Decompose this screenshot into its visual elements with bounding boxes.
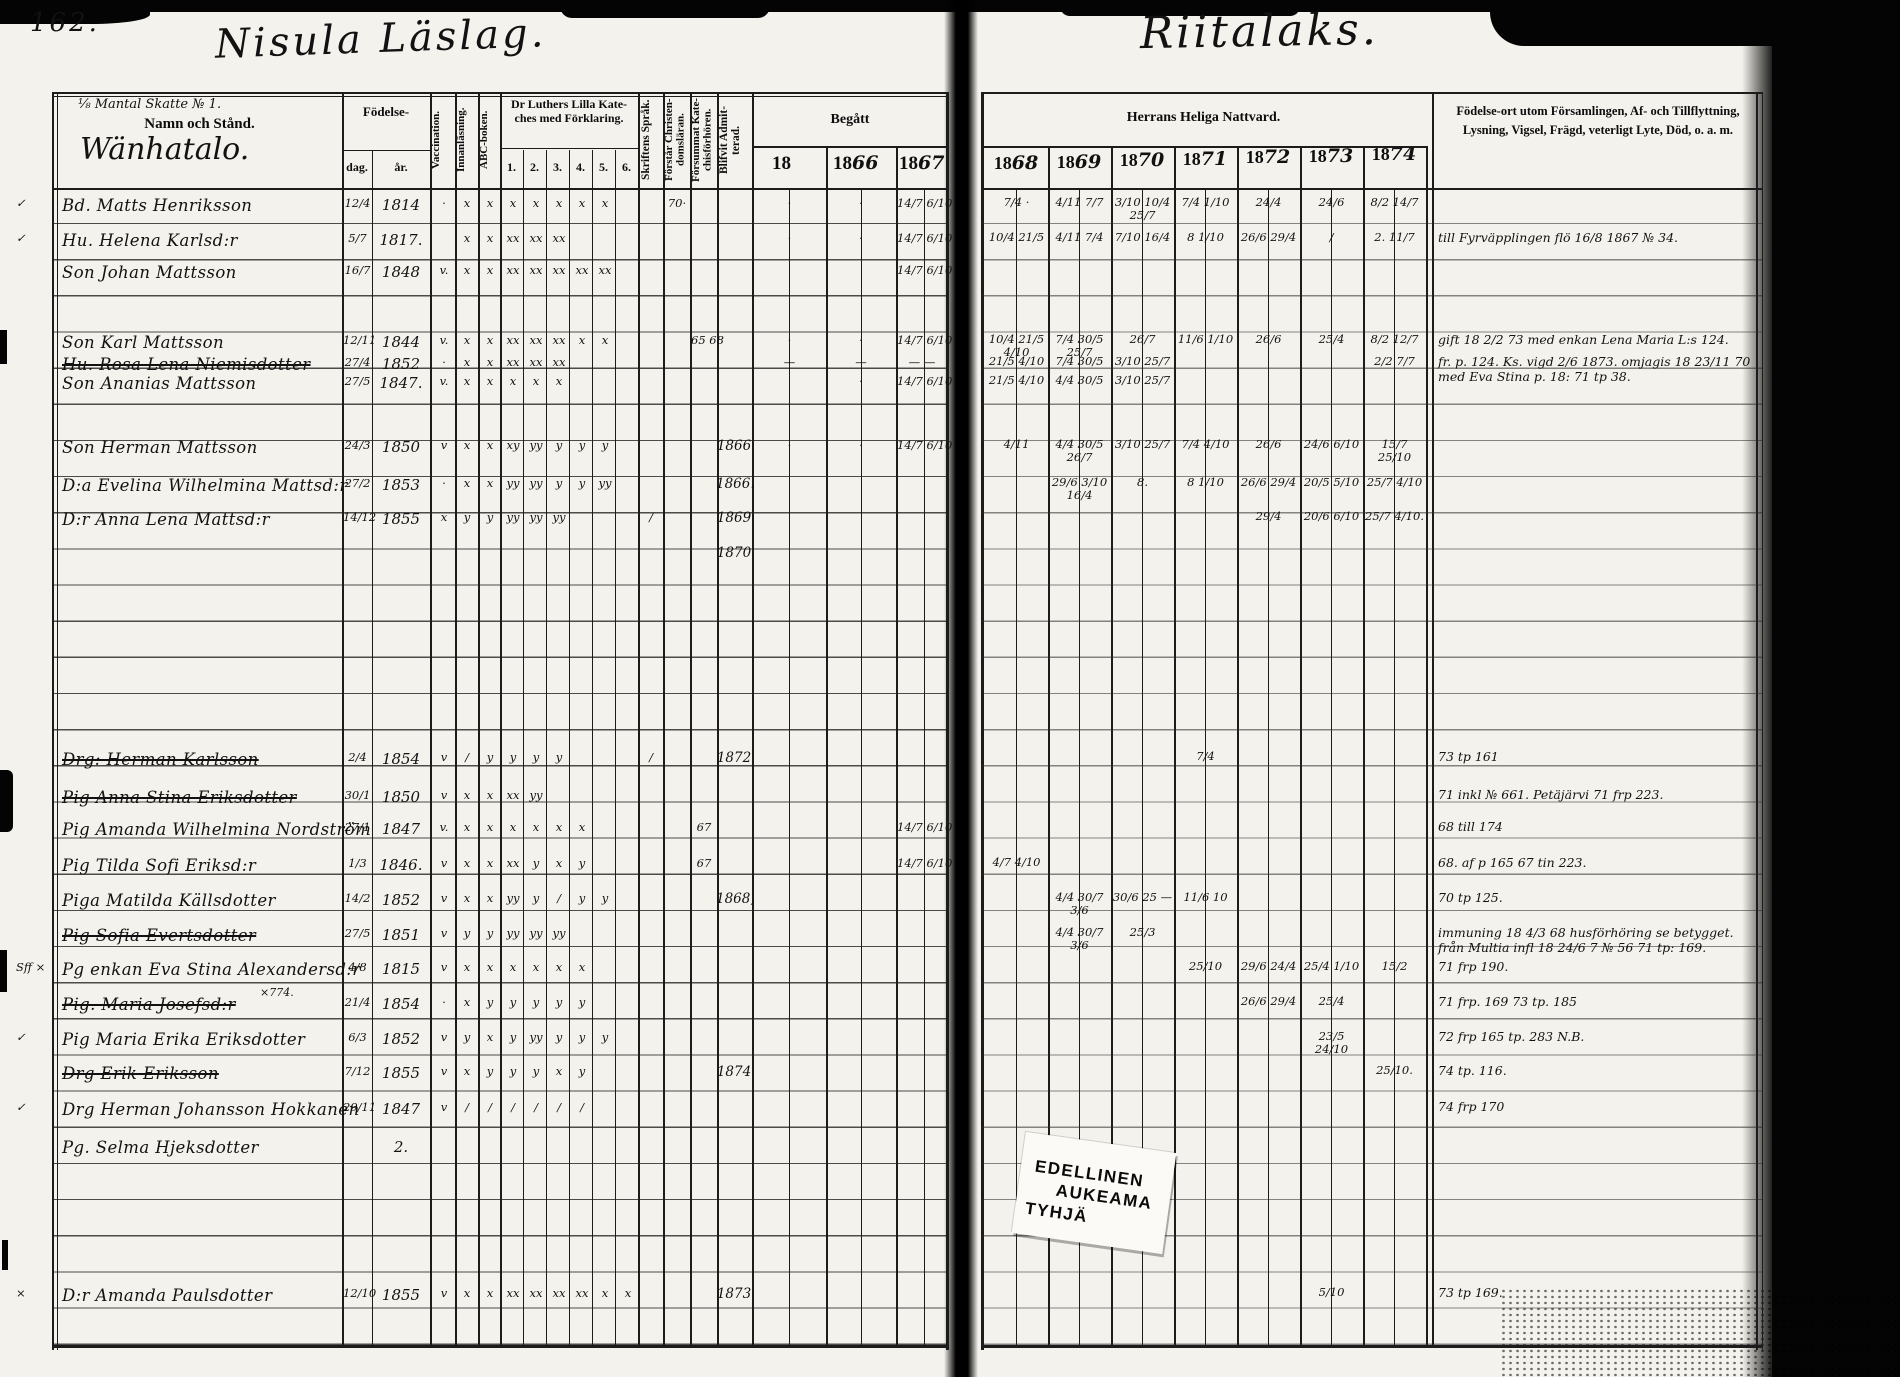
script-mark: / bbox=[639, 750, 663, 764]
birth-day: 1/3 bbox=[343, 856, 372, 870]
exam-mark: x bbox=[456, 856, 478, 870]
register-row: Son Ananias Mattsson27/51847.v.xxxxx·14/… bbox=[0, 374, 1900, 406]
exam-mark: x bbox=[571, 333, 593, 347]
begatt-date: 14/7 6/10 bbox=[897, 438, 947, 452]
communion-date: 25/7 4/10. bbox=[1364, 510, 1425, 523]
exam-mark: v bbox=[433, 891, 455, 905]
margin-note: 73 tp 169. bbox=[1438, 1286, 1756, 1301]
register-row: Drg: Herman Karlsson2/41854v/yyyy/18727/… bbox=[0, 750, 1900, 782]
birth-year: 1855 bbox=[374, 1286, 428, 1304]
exam-mark: yy bbox=[502, 510, 524, 524]
exam-mark: yy bbox=[502, 476, 524, 490]
birth-day: 24/3 bbox=[343, 438, 372, 452]
communion-date: 7/4 30/5 bbox=[1049, 355, 1110, 368]
exam-mark: y bbox=[479, 995, 501, 1009]
birth-year: 1847 bbox=[374, 820, 428, 838]
exam-mark: x bbox=[502, 374, 524, 388]
vaccination-header: Vaccination. bbox=[431, 95, 454, 185]
exam-mark: yy bbox=[502, 891, 524, 905]
person-name: D:r Anna Lena Mattsd:r bbox=[62, 510, 340, 529]
scan-blob bbox=[560, 0, 770, 18]
exam-mark: x bbox=[548, 820, 570, 834]
exam-mark: y bbox=[548, 476, 570, 490]
exam-mark: x bbox=[479, 1030, 501, 1044]
catechism-col-header: 3. bbox=[546, 160, 569, 175]
exam-mark: x bbox=[594, 1286, 616, 1300]
printed-year-prefix: 18 bbox=[1183, 149, 1201, 169]
printed-year-prefix: 18 bbox=[1120, 150, 1138, 170]
exam-mark: xx bbox=[548, 1286, 570, 1300]
communion-date: 26/6 bbox=[1238, 333, 1299, 346]
exam-mark: v bbox=[433, 856, 455, 870]
exam-mark: x bbox=[456, 374, 478, 388]
register-row: Pig. Maria Josefsd:r×774.21/41854·xyyyyy… bbox=[0, 995, 1900, 1027]
village-name: Wänhatalo. bbox=[80, 132, 249, 167]
exam-mark: yy bbox=[525, 438, 547, 452]
exam-mark: yy bbox=[548, 510, 570, 524]
person-name: Piga Matilda Källsdotter bbox=[62, 891, 340, 910]
neglected-header: Försummat Kate­chisförhören. bbox=[691, 95, 716, 185]
name-column-header: Namn och Stånd. bbox=[57, 116, 342, 133]
exam-mark: y bbox=[479, 926, 501, 940]
handwritten-year-suffix: 66 bbox=[852, 152, 878, 174]
register-row: ✓Pig Maria Erika Eriksdotter6/31852vyxyy… bbox=[0, 1030, 1900, 1062]
printed-year-prefix: 18 bbox=[1246, 147, 1264, 167]
communion-date: 23/5 24/10 bbox=[1301, 1030, 1362, 1055]
register-row: Pg. Selma Hjeksdotter2. bbox=[0, 1138, 1900, 1170]
exam-mark: xy bbox=[502, 438, 524, 452]
birth-year-header: år. bbox=[374, 160, 428, 175]
person-name: Hu. Helena Karlsd:r bbox=[62, 231, 340, 250]
exam-mark: y bbox=[456, 510, 478, 524]
printed-year-prefix: 18 bbox=[899, 153, 918, 174]
communion-year-header: 1872 bbox=[1235, 146, 1301, 168]
exam-mark: · bbox=[433, 196, 455, 210]
handwritten-year-suffix: 71 bbox=[1201, 148, 1227, 170]
exam-mark: x bbox=[479, 231, 501, 245]
exam-mark: / bbox=[479, 1100, 501, 1114]
reading-header: Innanläsning. bbox=[456, 95, 477, 185]
exam-mark: yy bbox=[525, 510, 547, 524]
birth-header: Födelse- bbox=[342, 104, 430, 120]
exam-mark: y bbox=[571, 438, 593, 452]
birth-year: 1815 bbox=[374, 960, 428, 978]
margin-check-mark: ✓ bbox=[16, 231, 60, 245]
grid-line-horizontal bbox=[52, 92, 948, 94]
communion-date: 7/10 16/4 bbox=[1112, 231, 1173, 244]
begatt-date: — bbox=[754, 355, 825, 369]
communion-date: 30/6 25 — bbox=[1112, 891, 1173, 904]
begatt-date: 14/7 6/10 bbox=[897, 196, 947, 210]
exam-mark: x bbox=[525, 960, 547, 974]
exam-mark: x bbox=[479, 960, 501, 974]
begatt-date: · bbox=[754, 231, 825, 245]
exam-mark: xx bbox=[502, 231, 524, 245]
communion-date: 3/10 10/4 25/7 bbox=[1112, 196, 1173, 221]
exam-mark: y bbox=[502, 1064, 524, 1078]
exam-mark: x bbox=[571, 196, 593, 210]
margin-note: 71 inkl № 661. Petäjärvi 71 frp 223. bbox=[1438, 788, 1756, 803]
exam-mark: v bbox=[433, 1286, 455, 1300]
person-name: Son Herman Mattsson bbox=[62, 438, 340, 457]
birth-day: 5/7 bbox=[343, 231, 372, 245]
begatt-date: — bbox=[827, 355, 895, 369]
person-name: Drg Erik Eriksson bbox=[62, 1064, 340, 1083]
exam-mark: / bbox=[571, 1100, 593, 1114]
communion-date: 25/10 bbox=[1175, 960, 1236, 973]
communion-date: 3/10 25/7 bbox=[1112, 374, 1173, 387]
estate-annotation: ⅛ Mantal Skatte № 1. bbox=[78, 97, 221, 112]
exam-mark: x bbox=[502, 196, 524, 210]
exam-mark: x bbox=[594, 333, 616, 347]
exam-mark: x bbox=[571, 960, 593, 974]
handwritten-year-suffix: 73 bbox=[1327, 145, 1353, 167]
grid-line-horizontal bbox=[52, 96, 948, 97]
exam-mark: y bbox=[571, 891, 593, 905]
communion-date: 26/6 29/4 bbox=[1238, 476, 1299, 489]
begatt-date: · bbox=[754, 196, 825, 210]
exam-mark: x bbox=[548, 960, 570, 974]
birth-day: 27/5 bbox=[343, 374, 372, 388]
exam-mark: y bbox=[571, 1064, 593, 1078]
begatt-date: · bbox=[827, 231, 895, 245]
margin-check-mark: ✓ bbox=[16, 196, 60, 210]
handwritten-year-suffix: 70 bbox=[1138, 149, 1164, 171]
grid-line-horizontal bbox=[981, 1345, 1762, 1348]
register-row: Son Herman Mattsson24/31850vxxxyyyyyy186… bbox=[0, 438, 1900, 470]
handwritten-year-suffix: 67 bbox=[918, 152, 944, 174]
birth-year: 1855 bbox=[374, 1064, 428, 1082]
exam-mark: x bbox=[456, 995, 478, 1009]
exam-mark: xx bbox=[502, 355, 524, 369]
communion-date: 4/4 30/5 bbox=[1049, 374, 1110, 387]
birth-year: 1847. bbox=[374, 374, 428, 392]
communion-date: 7/4 bbox=[1175, 750, 1236, 763]
communion-date: 24/4 bbox=[1238, 196, 1299, 209]
margin-note: 71 frp 190. bbox=[1438, 960, 1756, 975]
exam-mark: yy bbox=[594, 476, 616, 490]
begatt-date: · bbox=[754, 438, 825, 452]
birth-day: 12/10 bbox=[343, 1286, 372, 1300]
birth-year: 1852 bbox=[374, 355, 428, 373]
exam-mark: v. bbox=[433, 333, 455, 347]
exam-mark: xx bbox=[502, 263, 524, 277]
catechism-col-header: 1. bbox=[500, 160, 523, 175]
register-row: D:a Evelina Wilhelmina Mattsd:r27/21853·… bbox=[0, 476, 1900, 508]
birth-year: 1855 bbox=[374, 510, 428, 528]
printed-year-prefix: 18 bbox=[772, 153, 791, 174]
exam-mark: y bbox=[525, 891, 547, 905]
birth-year: 1852 bbox=[374, 891, 428, 909]
communion-year-header: 1873 bbox=[1298, 145, 1364, 167]
exam-mark: y bbox=[548, 438, 570, 452]
margin-check-mark: Sff × bbox=[16, 960, 60, 974]
communion-date: 4/4 30/5 26/7 bbox=[1049, 438, 1110, 463]
admitted-year: 1866 bbox=[716, 438, 752, 454]
register-row: Pig Amanda Wilhelmina Nordström27/11847v… bbox=[0, 820, 1900, 852]
exam-mark: v bbox=[433, 788, 455, 802]
begatt-date: · bbox=[827, 196, 895, 210]
exam-mark: y bbox=[456, 1030, 478, 1044]
communion-date: 2/2 7/7 bbox=[1364, 355, 1425, 368]
exam-mark: x bbox=[479, 1286, 501, 1300]
exam-mark: / bbox=[456, 750, 478, 764]
margin-note: 73 tp 161 bbox=[1438, 750, 1756, 765]
margin-note: immuning 18 4/3 68 husförhöring se betyg… bbox=[1438, 926, 1756, 956]
birth-year: 1851 bbox=[374, 926, 428, 944]
exam-mark: xx bbox=[525, 355, 547, 369]
archive-stamp: EDELLINEN AUKEAMA TYHJÄ bbox=[1012, 1132, 1177, 1254]
left-page-title: Nisula Läslag. bbox=[214, 10, 547, 68]
script-header: Skriftens Språk. bbox=[640, 95, 662, 185]
grid-line-horizontal bbox=[981, 146, 1426, 148]
communion-date: 21/5 4/10 bbox=[986, 355, 1047, 368]
register-row: ✓Hu. Helena Karlsd:r5/71817.xxxxxxxx··14… bbox=[0, 231, 1900, 263]
exam-mark: · bbox=[433, 476, 455, 490]
exam-mark: / bbox=[502, 1100, 524, 1114]
birth-day: 29/11 bbox=[343, 1100, 372, 1114]
grid-line-horizontal bbox=[52, 1345, 948, 1348]
exam-mark: xx bbox=[571, 263, 593, 277]
admitted-year: 1869 bbox=[716, 510, 752, 526]
exam-mark: xx bbox=[548, 355, 570, 369]
exam-mark: xx bbox=[525, 333, 547, 347]
birth-day: 7/12 bbox=[343, 1064, 372, 1078]
margin-note: 74 tp. 116. bbox=[1438, 1064, 1756, 1079]
birth-year: 1844 bbox=[374, 333, 428, 351]
exam-mark: x bbox=[479, 374, 501, 388]
exam-mark: xx bbox=[502, 788, 524, 802]
margin-note: 70 tp 125. bbox=[1438, 891, 1756, 906]
exam-mark: x bbox=[479, 438, 501, 452]
exam-mark: x bbox=[479, 820, 501, 834]
exam-mark: y bbox=[594, 891, 616, 905]
communion-date: 20/6 6/10 bbox=[1301, 510, 1362, 523]
exam-mark: x bbox=[456, 960, 478, 974]
communion-date: 29/6 3/10 16/4 bbox=[1049, 476, 1110, 501]
communion-date: 10/4 21/5 bbox=[986, 231, 1047, 244]
exam-mark: y bbox=[525, 750, 547, 764]
exam-mark: x bbox=[456, 196, 478, 210]
person-name: D:r Amanda Paulsdotter bbox=[62, 1286, 340, 1305]
exam-mark: xx bbox=[525, 231, 547, 245]
exam-mark: x bbox=[456, 820, 478, 834]
birth-year: 1853 bbox=[374, 476, 428, 494]
margin-note: 72 frp 165 tp. 283 N.B. bbox=[1438, 1030, 1756, 1045]
birth-day: 27/5 bbox=[343, 926, 372, 940]
birth-year: 1817. bbox=[374, 231, 428, 249]
begatt-date: 14/7 6/10 bbox=[897, 263, 947, 277]
exam-mark: y bbox=[525, 856, 547, 870]
exam-mark: y bbox=[571, 995, 593, 1009]
communion-date: 11/6 1/10 bbox=[1175, 333, 1236, 346]
communion-date: 8. bbox=[1112, 476, 1173, 489]
admitted-year: 1870 bbox=[716, 545, 752, 561]
neglected-mark: 65 68 bbox=[691, 333, 717, 347]
person-name: Pig Sofia Evertsdotter bbox=[62, 926, 340, 945]
exam-mark: x bbox=[548, 374, 570, 388]
margin-check-mark: × bbox=[16, 1286, 60, 1300]
begatt-date: 14/7 6/10 bbox=[897, 374, 947, 388]
communion-date: 8/2 12/7 bbox=[1364, 333, 1425, 346]
person-name: Pig Maria Erika Eriksdotter bbox=[62, 1030, 340, 1049]
birth-year: 1847 bbox=[374, 1100, 428, 1118]
birth-day: 2/4 bbox=[343, 750, 372, 764]
communion-date: 25/4 1/10 bbox=[1301, 960, 1362, 973]
communion-date: 2. 11/7 bbox=[1364, 231, 1425, 244]
understands-mark: 70· bbox=[664, 196, 690, 210]
person-name: Son Karl Mattsson bbox=[62, 333, 340, 352]
exam-mark: xx bbox=[502, 856, 524, 870]
communion-date: 26/6 29/4 bbox=[1238, 231, 1299, 244]
communion-date: 4/11 7/7 bbox=[1049, 196, 1110, 209]
register-row: Pig Anna Stina Eriksdotter30/11850vxxxxy… bbox=[0, 788, 1900, 820]
exam-mark: x bbox=[548, 856, 570, 870]
birth-year: 1852 bbox=[374, 1030, 428, 1048]
communion-date: 8 1/10 bbox=[1175, 476, 1236, 489]
notes-column-header: Födelse-ort utom Församlingen, Af- och T… bbox=[1443, 102, 1753, 141]
begatt-date: 14/7 6/10 bbox=[897, 231, 947, 245]
exam-mark: x bbox=[548, 196, 570, 210]
exam-mark: v bbox=[433, 926, 455, 940]
exam-mark: x bbox=[502, 960, 524, 974]
exam-mark: y bbox=[525, 1064, 547, 1078]
margin-note: 68. af p 165 67 tin 223. bbox=[1438, 856, 1756, 871]
scan-mark bbox=[2, 1240, 8, 1270]
exam-mark: · bbox=[433, 355, 455, 369]
exam-mark: y bbox=[571, 476, 593, 490]
exam-mark: yy bbox=[525, 788, 547, 802]
register-row: ×D:r Amanda Paulsdotter12/101855vxxxxxxx… bbox=[0, 1286, 1900, 1318]
name-annotation: ×774. bbox=[260, 986, 320, 999]
communion-date: 8 1/10 bbox=[1175, 231, 1236, 244]
exam-mark: v bbox=[433, 1064, 455, 1078]
exam-mark: x bbox=[479, 476, 501, 490]
exam-mark: x bbox=[479, 196, 501, 210]
exam-mark: v. bbox=[433, 263, 455, 277]
printed-year-prefix: 18 bbox=[1309, 146, 1327, 166]
catechism-col-header: 4. bbox=[569, 160, 592, 175]
exam-mark: xx bbox=[594, 263, 616, 277]
exam-mark: x bbox=[456, 355, 478, 369]
admitted-year: 1866. bbox=[716, 476, 752, 492]
exam-mark: v bbox=[433, 438, 455, 452]
handwritten-year-suffix: 69 bbox=[1075, 151, 1101, 173]
person-name: Pig Amanda Wilhelmina Nordström bbox=[62, 820, 340, 839]
communion-date: 25/10. bbox=[1364, 1064, 1425, 1077]
person-name: Pig Tilda Sofi Eriksd:r bbox=[62, 856, 340, 875]
exam-mark: v bbox=[433, 750, 455, 764]
register-row: ✓Drg Herman Johansson Hokkanen29/111847v… bbox=[0, 1100, 1900, 1132]
communion-header: Herrans Heliga Nattvard. bbox=[981, 110, 1426, 126]
birth-day: 30/1 bbox=[343, 788, 372, 802]
exam-mark: x bbox=[456, 333, 478, 347]
handwritten-year-suffix: 72 bbox=[1264, 146, 1290, 168]
exam-mark: v bbox=[433, 1100, 455, 1114]
neglected-mark: 67 bbox=[691, 856, 717, 870]
communion-date: 4/11 7/4 bbox=[1049, 231, 1110, 244]
register-row: D:r Anna Lena Mattsd:r14/121855xyyyyyyyy… bbox=[0, 510, 1900, 542]
script-mark: / bbox=[639, 510, 663, 524]
exam-mark: xx bbox=[525, 263, 547, 277]
register-row: Drg Erik Eriksson7/121855vxyyyxy187425/1… bbox=[0, 1064, 1900, 1096]
exam-mark: y bbox=[456, 926, 478, 940]
begatt-date: · bbox=[754, 333, 825, 347]
grid-line-horizontal bbox=[500, 148, 638, 149]
communion-date: 29/4 bbox=[1238, 510, 1299, 523]
admitted-year: 1873 bbox=[716, 1286, 752, 1302]
person-name: Bd. Matts Henriksson bbox=[62, 196, 340, 215]
birth-year: 1848 bbox=[374, 263, 428, 281]
begatt-date: · bbox=[827, 438, 895, 452]
communion-date: 7/4 4/10 bbox=[1175, 438, 1236, 451]
margin-check-mark: ✓ bbox=[16, 1100, 60, 1114]
exam-mark: x bbox=[479, 788, 501, 802]
exam-mark: v. bbox=[433, 374, 455, 388]
birth-day: 27/4 bbox=[343, 355, 372, 369]
exam-mark: xx bbox=[548, 333, 570, 347]
communion-date: 25/7 4/10 bbox=[1364, 476, 1425, 489]
exam-mark: xx bbox=[548, 263, 570, 277]
begatt-year-1866: 1866 bbox=[833, 152, 878, 175]
exam-mark: x bbox=[479, 891, 501, 905]
right-page-title: Riitalaks. bbox=[1140, 4, 1380, 59]
register-row: Piga Matilda Källsdotter14/21852vxxyyy/y… bbox=[0, 891, 1900, 923]
exam-mark: x bbox=[617, 1286, 639, 1300]
birth-day: 14/12 bbox=[343, 510, 372, 524]
exam-mark: yy bbox=[525, 476, 547, 490]
admitted-year: 1872 bbox=[716, 750, 752, 766]
communion-date: 15/7 25/10 bbox=[1364, 438, 1425, 463]
communion-date: 25/3 bbox=[1112, 926, 1173, 939]
exam-mark: x bbox=[456, 476, 478, 490]
printed-year-prefix: 18 bbox=[1057, 152, 1075, 172]
birth-year: 2. bbox=[374, 1138, 428, 1156]
exam-mark: yy bbox=[502, 926, 524, 940]
exam-mark: y bbox=[479, 1064, 501, 1078]
exam-mark: yy bbox=[548, 926, 570, 940]
printed-year-prefix: 18 bbox=[994, 153, 1012, 173]
admitted-header: Blifvit Admit­terad. bbox=[718, 95, 750, 185]
communion-date: 20/5 5/10 bbox=[1301, 476, 1362, 489]
begatt-date: · bbox=[827, 333, 895, 347]
exam-mark: x bbox=[433, 510, 455, 524]
exam-mark: x bbox=[548, 1064, 570, 1078]
exam-mark: x bbox=[594, 196, 616, 210]
exam-mark: v bbox=[433, 1030, 455, 1044]
communion-date: 8/2 14/7 bbox=[1364, 196, 1425, 209]
person-name: Son Ananias Mattsson bbox=[62, 374, 340, 393]
person-name: Drg: Herman Karlsson bbox=[62, 750, 340, 769]
exam-mark: xx bbox=[502, 333, 524, 347]
exam-mark: x bbox=[525, 196, 547, 210]
begatt-date: — — bbox=[897, 355, 947, 369]
exam-mark: xx bbox=[502, 1286, 524, 1300]
register-row: Pig Tilda Sofi Eriksd:r1/31846.vxxxxyxy6… bbox=[0, 856, 1900, 888]
exam-mark: / bbox=[456, 1100, 478, 1114]
exam-mark: x bbox=[502, 820, 524, 834]
exam-mark: y bbox=[502, 750, 524, 764]
exam-mark: / bbox=[548, 1100, 570, 1114]
birth-day: 6/3 bbox=[343, 1030, 372, 1044]
begatt-date: 14/7 6/10 bbox=[897, 820, 947, 834]
person-name: Son Johan Mattsson bbox=[62, 263, 340, 282]
exam-mark: y bbox=[594, 1030, 616, 1044]
communion-date: / bbox=[1301, 231, 1362, 244]
communion-date: 25/4 bbox=[1301, 333, 1362, 346]
exam-mark: y bbox=[571, 856, 593, 870]
exam-mark: x bbox=[479, 263, 501, 277]
